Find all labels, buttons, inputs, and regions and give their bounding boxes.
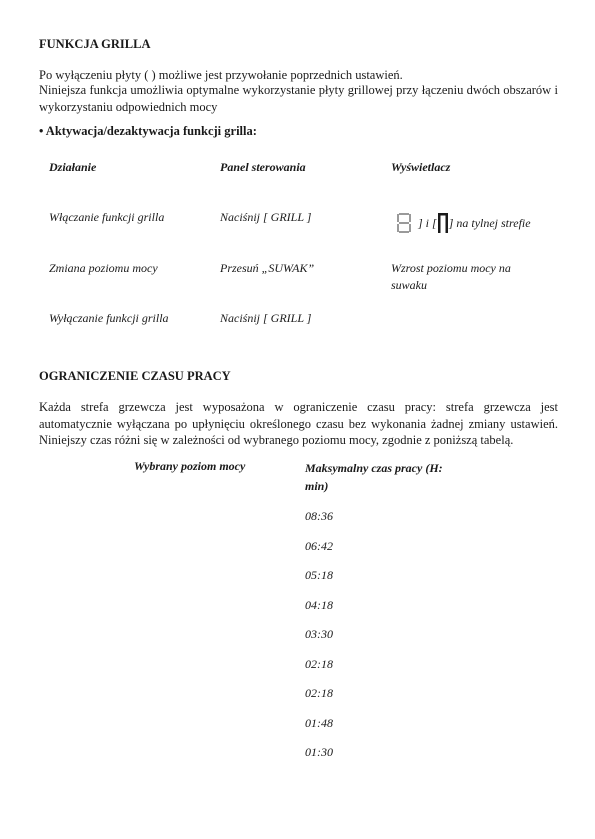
row-panel: Naciśnij [ GRILL ] bbox=[220, 209, 311, 226]
row-max-time: 06:42 bbox=[305, 538, 333, 555]
row-action: Włączanie funkcji grilla bbox=[49, 209, 164, 226]
row-panel: Naciśnij [ GRILL ] bbox=[220, 310, 311, 327]
row-max-time: 02:18 bbox=[305, 656, 333, 673]
row-max-time: 08:36 bbox=[305, 508, 333, 525]
header-power-level: Wybrany poziom mocy bbox=[134, 459, 245, 474]
row-action: Wyłączanie funkcji grilla bbox=[49, 310, 169, 327]
grill-header-panel: Panel sterowania bbox=[220, 160, 306, 175]
row-max-time: 01:30 bbox=[305, 744, 333, 761]
display-text-pre: ] i [ bbox=[418, 216, 437, 230]
seven-segment-8-icon bbox=[397, 213, 411, 238]
time-limit-paragraph: Każda strefa grzewcza jest wyposażona w … bbox=[39, 399, 558, 449]
row-action: Zmiana poziomu mocy bbox=[49, 260, 158, 277]
grill-bullet-heading: • Aktywacja/dezaktywacja funkcji grilla: bbox=[39, 124, 257, 139]
header-max-time: Maksymalny czas pracy (H: min) bbox=[305, 459, 465, 495]
row-max-time: 02:18 bbox=[305, 685, 333, 702]
grill-header-display: Wyświetlacz bbox=[391, 160, 450, 175]
section-title-time-limit: OGRANICZENIE CZASU PRACY bbox=[39, 369, 231, 384]
seven-segment-n-icon bbox=[437, 213, 449, 238]
section-title-grill: FUNKCJA GRILLA bbox=[39, 37, 150, 52]
grill-intro-line: Po wyłączeniu płyty ( ) możliwe jest prz… bbox=[39, 67, 403, 83]
display-text-post: ] na tylnej strefie bbox=[449, 216, 531, 230]
row-max-time: 01:48 bbox=[305, 715, 333, 732]
row-max-time: 03:30 bbox=[305, 626, 333, 643]
row-max-time: 04:18 bbox=[305, 597, 333, 614]
grill-paragraph: Niniejsza funkcja umożliwia optymalne wy… bbox=[39, 82, 558, 115]
row-max-time: 05:18 bbox=[305, 567, 333, 584]
grill-header-action: Działanie bbox=[49, 160, 96, 175]
row-display: ] i [ ] na tylnej strefie bbox=[397, 213, 531, 238]
row-panel: Przesuń „SUWAK” bbox=[220, 260, 314, 277]
row-display: Wzrost poziomu mocy na suwaku bbox=[391, 260, 531, 294]
